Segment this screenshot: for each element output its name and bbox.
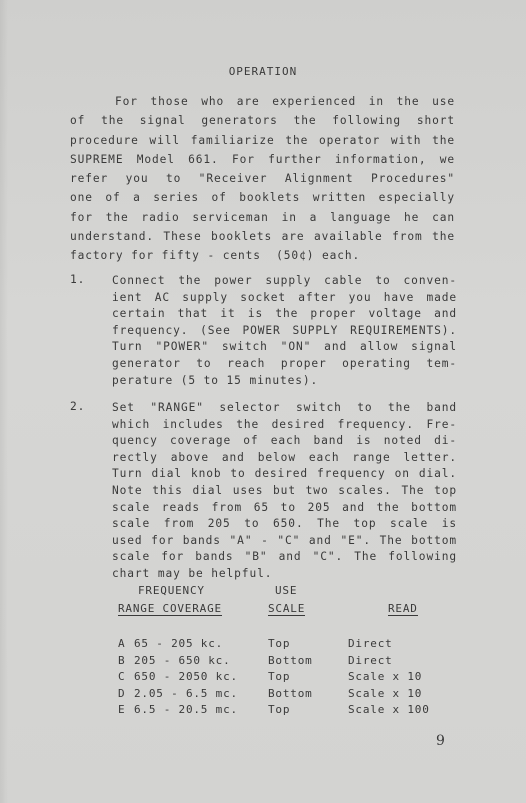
text-line: Connect the power supply cable to conven… bbox=[112, 273, 457, 290]
cell-range: 6.5 - 20.5 mc. bbox=[134, 703, 238, 716]
text-line: generator to reach proper operating tem- bbox=[112, 356, 457, 373]
text-line: for the radio serviceman in a language h… bbox=[70, 208, 455, 227]
cell-range: 205 - 650 kc. bbox=[134, 654, 231, 667]
cell-band: A bbox=[118, 637, 125, 650]
text-line: SUPREME Model 661. For further informati… bbox=[70, 150, 455, 169]
cell-read: Direct bbox=[348, 654, 393, 667]
cell-range: 650 - 2050 kc. bbox=[134, 670, 238, 683]
cell-read: Scale x 10 bbox=[348, 687, 422, 700]
step-text: Set "RANGE" selector switch to the band … bbox=[112, 400, 457, 583]
cell-read: Scale x 100 bbox=[348, 703, 430, 716]
text-line: Turn dial knob to desired frequency on d… bbox=[112, 466, 457, 483]
cell-read: Direct bbox=[348, 637, 393, 650]
text-line: procedure will familiarize the operator … bbox=[70, 131, 455, 150]
cell-scale: Bottom bbox=[268, 687, 313, 700]
step-number: 1. bbox=[70, 273, 85, 286]
text-line: understand. These booklets are available… bbox=[70, 227, 455, 246]
text-line: certain that it is the proper voltage an… bbox=[112, 306, 457, 323]
cell-scale: Top bbox=[268, 637, 290, 650]
text-line: frequency. (See POWER SUPPLY REQUIREMENT… bbox=[112, 323, 457, 340]
text-line: used for bands "A" - "C" and "E". The bo… bbox=[112, 533, 457, 550]
text-line: For those who are experienced in the use bbox=[70, 92, 455, 111]
text-line: Turn "POWER" switch "ON" and allow signa… bbox=[112, 339, 457, 356]
text-line: Set "RANGE" selector switch to the band bbox=[112, 400, 457, 417]
text-line: quency coverage of each band is noted di… bbox=[112, 433, 457, 450]
step-text: Connect the power supply cable to conven… bbox=[112, 273, 457, 389]
text-line: factory for fifty - cents (50¢) each. bbox=[70, 246, 455, 265]
header-range-coverage: RANGE COVERAGE bbox=[118, 602, 222, 616]
intro-paragraph: For those who are experienced in the use… bbox=[70, 92, 455, 266]
cell-read: Scale x 10 bbox=[348, 670, 422, 683]
cell-band: C bbox=[118, 670, 125, 683]
cell-scale: Bottom bbox=[268, 654, 313, 667]
text-line: scale for bands "B" and "C". The followi… bbox=[112, 549, 457, 566]
header-use: USE bbox=[275, 584, 297, 597]
header-frequency: FREQUENCY bbox=[138, 584, 205, 597]
text-line: of the signal generators the following s… bbox=[70, 111, 455, 130]
cell-scale: Top bbox=[268, 703, 290, 716]
page-title: OPERATION bbox=[0, 65, 526, 78]
header-scale: SCALE bbox=[268, 602, 305, 616]
document-page: OPERATION For those who are experienced … bbox=[0, 0, 526, 803]
text-line: perature (5 to 15 minutes). bbox=[112, 373, 457, 390]
cell-band: E bbox=[118, 703, 125, 716]
step-number: 2. bbox=[70, 400, 85, 413]
text-line: which includes the desired frequency. Fr… bbox=[112, 417, 457, 434]
cell-band: D bbox=[118, 687, 125, 700]
text-line: scale from 205 to 650. The top scale is bbox=[112, 516, 457, 533]
text-line: Note this dial uses but two scales. The … bbox=[112, 483, 457, 500]
text-line: ient AC supply socket after you have mad… bbox=[112, 290, 457, 307]
text-line: one of a series of booklets written espe… bbox=[70, 188, 455, 207]
cell-scale: Top bbox=[268, 670, 290, 683]
text-line: scale reads from 65 to 205 and the botto… bbox=[112, 500, 457, 517]
header-read: READ bbox=[388, 602, 418, 616]
text-line: chart may be helpful. bbox=[112, 566, 457, 583]
cell-range: 2.05 - 6.5 mc. bbox=[134, 687, 238, 700]
text-line: rectly above and below each range letter… bbox=[112, 450, 457, 467]
cell-range: 65 - 205 kc. bbox=[134, 637, 223, 650]
page-number: 9 bbox=[436, 733, 445, 749]
text-line: refer you to "Receiver Alignment Procedu… bbox=[70, 169, 455, 188]
cell-band: B bbox=[118, 654, 125, 667]
